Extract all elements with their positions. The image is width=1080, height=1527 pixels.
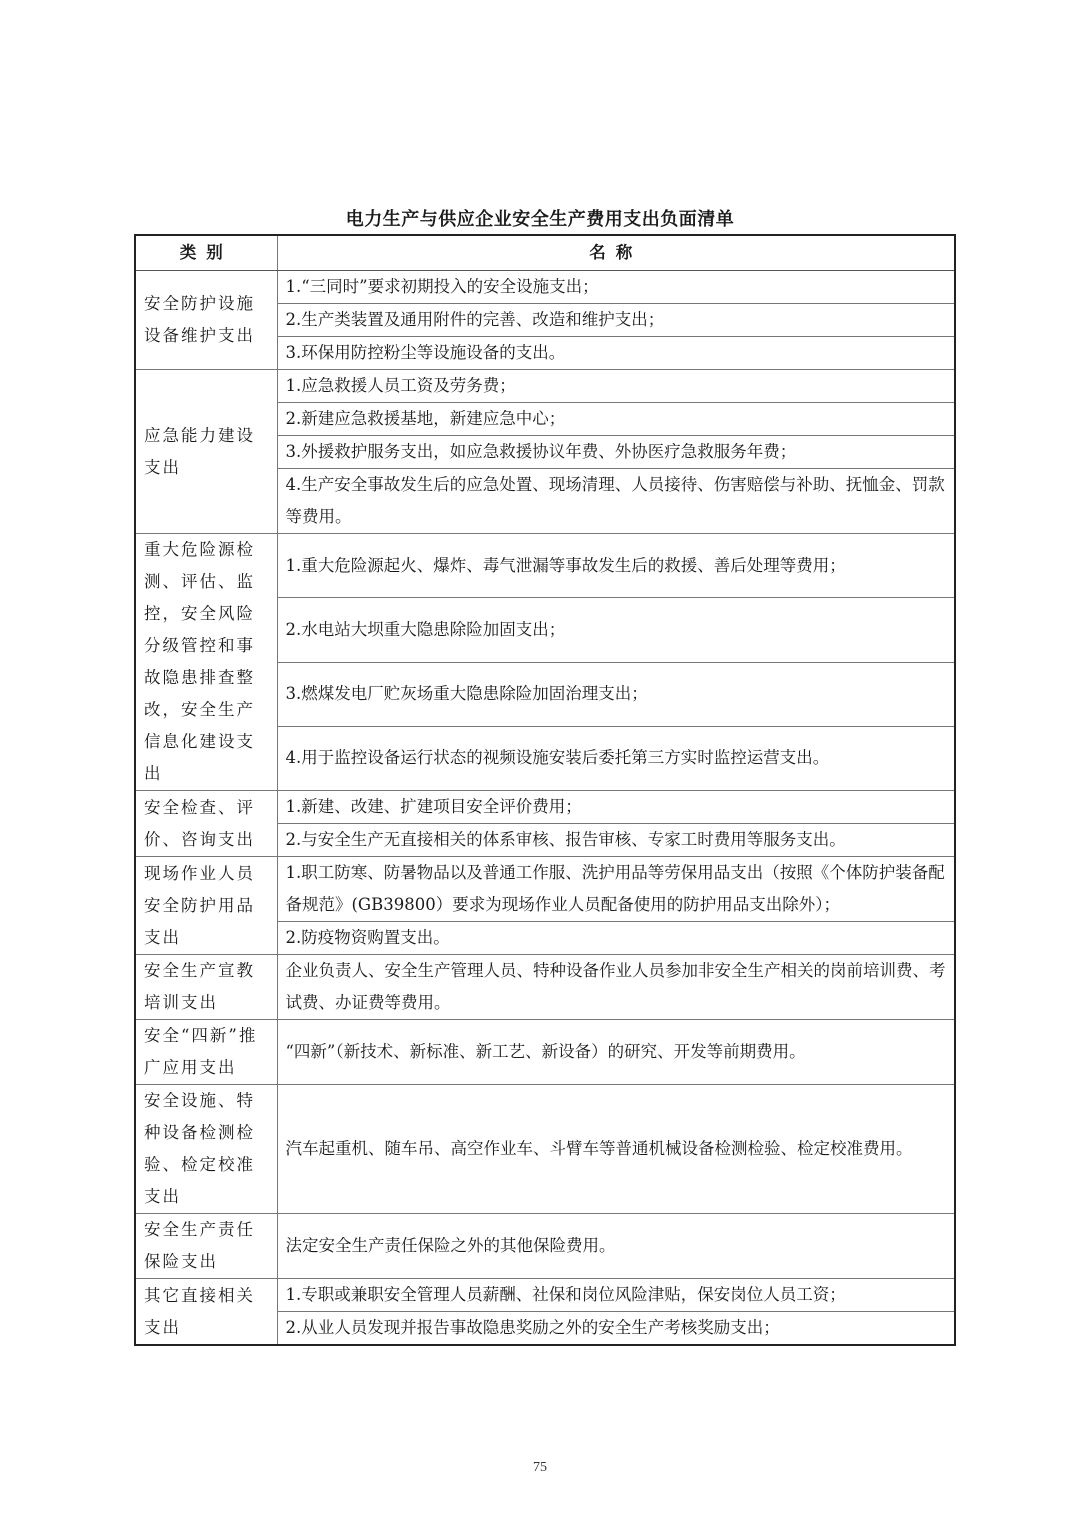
table-row: 安全防护设施设备维护支出 1.“三同时”要求初期投入的安全设施支出； bbox=[135, 271, 955, 304]
item-cell: 1.职工防寒、防暑物品以及普通工作服、洗护用品等劳保用品支出（按照《个体防护装备… bbox=[277, 857, 955, 922]
item-cell: 企业负责人、安全生产管理人员、特种设备作业人员参加非安全生产相关的岗前培训费、考… bbox=[277, 955, 955, 1020]
category-cell: 安全“四新”推广应用支出 bbox=[135, 1020, 277, 1085]
item-cell: 3.外援救护服务支出，如应急救援协议年费、外协医疗急救服务年费； bbox=[277, 436, 955, 469]
item-cell: 1.专职或兼职安全管理人员薪酬、社保和岗位风险津贴，保安岗位人员工资； bbox=[277, 1279, 955, 1312]
category-cell: 安全生产宣教培训支出 bbox=[135, 955, 277, 1020]
item-cell: 3.环保用防控粉尘等设施设备的支出。 bbox=[277, 337, 955, 370]
table-row: 其它直接相关支出 1.专职或兼职安全管理人员薪酬、社保和岗位风险津贴，保安岗位人… bbox=[135, 1279, 955, 1312]
category-cell: 现场作业人员安全防护用品支出 bbox=[135, 857, 277, 955]
item-cell: 4.用于监控设备运行状态的视频设施安装后委托第三方实时监控运营支出。 bbox=[277, 726, 955, 790]
table-header-row: 类别 名称 bbox=[135, 235, 955, 271]
item-cell: 1.“三同时”要求初期投入的安全设施支出； bbox=[277, 271, 955, 304]
item-cell: 3.燃煤发电厂贮灰场重大隐患除险加固治理支出； bbox=[277, 662, 955, 726]
table-row: 安全生产宣教培训支出 企业负责人、安全生产管理人员、特种设备作业人员参加非安全生… bbox=[135, 955, 955, 1020]
item-cell: 2.生产类装置及通用附件的完善、改造和维护支出； bbox=[277, 304, 955, 337]
table-row: 安全生产责任保险支出 法定安全生产责任保险之外的其他保险费用。 bbox=[135, 1214, 955, 1279]
table-row: 重大危险源检测、评估、监控，安全风险分级管控和事故隐患排查整改，安全生产信息化建… bbox=[135, 534, 955, 598]
category-cell: 安全生产责任保险支出 bbox=[135, 1214, 277, 1279]
table-row: 安全设施、特种设备检测检验、检定校准支出 汽车起重机、随车吊、高空作业车、斗臂车… bbox=[135, 1085, 955, 1214]
page-number: 75 bbox=[0, 1460, 1080, 1476]
document-title: 电力生产与供应企业安全生产费用支出负面清单 bbox=[0, 205, 1080, 231]
table-row: 应急能力建设支出 1.应急救援人员工资及劳务费； bbox=[135, 370, 955, 403]
item-cell: 1.重大危险源起火、爆炸、毒气泄漏等事故发生后的救援、善后处理等费用； bbox=[277, 534, 955, 598]
item-cell: 1.应急救援人员工资及劳务费； bbox=[277, 370, 955, 403]
item-cell: 2.从业人员发现并报告事故隐患奖励之外的安全生产考核奖励支出； bbox=[277, 1312, 955, 1346]
header-name: 名称 bbox=[277, 235, 955, 271]
item-cell: 2.与安全生产无直接相关的体系审核、报告审核、专家工时费用等服务支出。 bbox=[277, 824, 955, 857]
table-row: 现场作业人员安全防护用品支出 1.职工防寒、防暑物品以及普通工作服、洗护用品等劳… bbox=[135, 857, 955, 922]
item-cell: 法定安全生产责任保险之外的其他保险费用。 bbox=[277, 1214, 955, 1279]
category-cell: 安全设施、特种设备检测检验、检定校准支出 bbox=[135, 1085, 277, 1214]
item-cell: 2.防疫物资购置支出。 bbox=[277, 922, 955, 955]
category-cell: 重大危险源检测、评估、监控，安全风险分级管控和事故隐患排查整改，安全生产信息化建… bbox=[135, 534, 277, 791]
category-cell: 安全防护设施设备维护支出 bbox=[135, 271, 277, 370]
item-cell: 2.新建应急救援基地，新建应急中心； bbox=[277, 403, 955, 436]
category-cell: 应急能力建设支出 bbox=[135, 370, 277, 534]
category-cell: 安全检查、评价、咨询支出 bbox=[135, 791, 277, 857]
category-cell: 其它直接相关支出 bbox=[135, 1279, 277, 1346]
negative-list-table: 类别 名称 安全防护设施设备维护支出 1.“三同时”要求初期投入的安全设施支出；… bbox=[134, 234, 956, 1346]
item-cell: “四新”（新技术、新标准、新工艺、新设备）的研究、开发等前期费用。 bbox=[277, 1020, 955, 1085]
item-cell: 1.新建、改建、扩建项目安全评价费用； bbox=[277, 791, 955, 824]
header-category: 类别 bbox=[135, 235, 277, 271]
table-row: 安全检查、评价、咨询支出 1.新建、改建、扩建项目安全评价费用； bbox=[135, 791, 955, 824]
item-cell: 汽车起重机、随车吊、高空作业车、斗臂车等普通机械设备检测检验、检定校准费用。 bbox=[277, 1085, 955, 1214]
item-cell: 2.水电站大坝重大隐患除险加固支出； bbox=[277, 598, 955, 662]
item-cell: 4.生产安全事故发生后的应急处置、现场清理、人员接待、伤害赔偿与补助、抚恤金、罚… bbox=[277, 469, 955, 534]
table-row: 安全“四新”推广应用支出 “四新”（新技术、新标准、新工艺、新设备）的研究、开发… bbox=[135, 1020, 955, 1085]
